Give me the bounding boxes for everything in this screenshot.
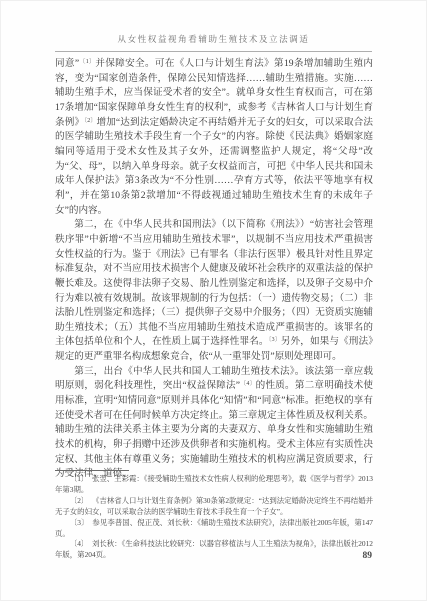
body-paragraphs: 同意”〔1〕并保障安全。可在《人口与计划生育法》第19条增加辅助生殖内容，变为“… <box>55 57 373 482</box>
footnote-item: 〔3〕 参见李普国、倪正茂、刘长秋：《辅助生殖技术法研究》，法律出版社2005年… <box>55 518 373 540</box>
footnote-item: 〔2〕 《吉林省人口与计划生育条例》第30条第2款规定：“达到法定婚龄决定终生不… <box>55 496 373 518</box>
paragraph: 第二，在《中华人民共和国刑法》（以下简称《刑法》）“妨害社会管理秩序罪”中新增“… <box>55 218 373 365</box>
footnotes-list: 〔1〕 张翌、王彩霞：《接受辅助生殖技术女性病人权利的伦理思考》，载《医学与哲学… <box>55 474 373 561</box>
paragraph: 同意”〔1〕并保障安全。可在《人口与计划生育法》第19条增加辅助生殖内容，变为“… <box>55 57 373 218</box>
running-header-title: 从女性权益视角看辅助生殖技术及立法调适 <box>0 33 427 45</box>
footnote-item: 〔1〕 张翌、王彩霞：《接受辅助生殖技术女性病人权利的伦理思考》，载《医学与哲学… <box>55 474 373 496</box>
footnote-marker: 〔2〕 <box>84 118 96 124</box>
paragraph: 第三，出台《中华人民共和国人工辅助生殖技术法》。该法第一章应载明原则，弱化科技理… <box>55 365 373 482</box>
footnote-marker: 〔3〕 <box>269 338 281 344</box>
footnote-marker: 〔1〕 <box>79 59 95 65</box>
page-number: 89 <box>363 551 373 561</box>
footnote-separator <box>55 470 129 471</box>
header-rule <box>55 51 372 52</box>
footnote-marker: 〔4〕 <box>240 381 256 387</box>
document-page: 从女性权益视角看辅助生殖技术及立法调适 同意”〔1〕并保障安全。可在《人口与计划… <box>0 0 427 601</box>
footnote-item: 〔4〕 刘长秋：《生命科技法比较研究：以器官移植法与人工生殖法为视角》，法律出版… <box>55 539 373 561</box>
